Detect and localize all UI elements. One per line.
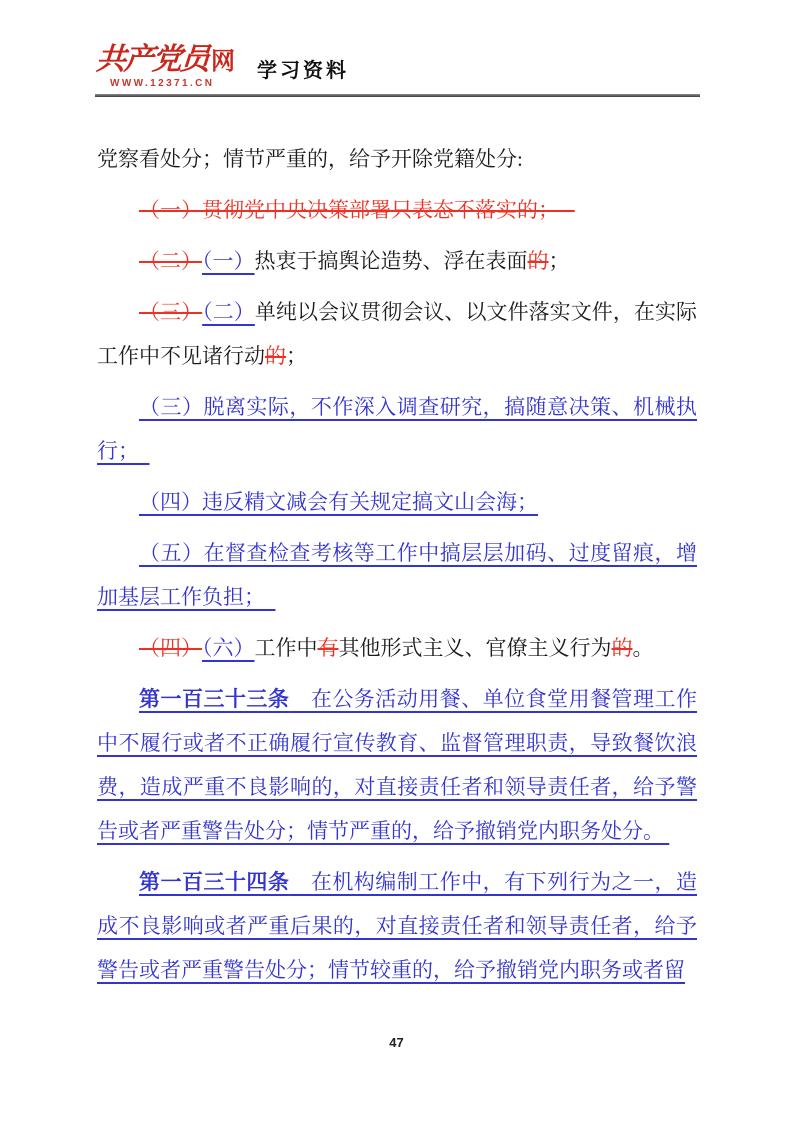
text-run: 其他形式主义、官僚主义行为 <box>339 636 612 660</box>
deleted-run: （四） <box>139 636 202 660</box>
text-run: 。 <box>633 636 654 660</box>
inserted-run: （二） <box>202 300 255 324</box>
page-number: 47 <box>0 1035 793 1050</box>
deleted-run: 有 <box>318 636 339 660</box>
paragraph-article-134: 第一百三十四条 在机构编制工作中，有下列行为之一，造成不良影响或者严重后果的，对… <box>97 860 697 992</box>
inserted-run: （三）脱离实际，不作深入调查研究，搞随意决策、机械执行； <box>97 395 697 463</box>
deleted-run: （一）贯彻党中央决策部署只表态不落实的； <box>139 198 575 222</box>
brand-calligraphy-text: 共产党员 <box>95 45 209 75</box>
brand-logo-row: 共产党员 网 <box>96 45 235 75</box>
text-run: ； <box>549 249 570 273</box>
paragraph-item-5-inserted: （四）违反精文减会有关规定搞文山会海； <box>97 480 697 524</box>
text-run: 热衷于搞舆论造势、浮在表面 <box>255 249 528 273</box>
deleted-run: 的 <box>265 344 286 368</box>
paragraph-item-7: （四）（六）工作中有其他形式主义、官僚主义行为的。 <box>97 626 697 670</box>
deleted-run: 的 <box>612 636 633 660</box>
header-divider <box>95 94 700 97</box>
doc-label: 学习资料 <box>257 54 349 83</box>
paragraph-item-1-deleted: （一）贯彻党中央决策部署只表态不落实的； <box>97 188 697 232</box>
text-run: 工作中 <box>255 636 318 660</box>
paragraph-item-3: （三）（二）单纯以会议贯彻会议、以文件落实文件，在实际工作中不见诸行动的； <box>97 290 697 378</box>
text-run: 党察看处分；情节严重的，给予开除党籍处分: <box>97 147 523 171</box>
brand-logo: 共产党员 网 WWW.12371.CN <box>96 45 235 89</box>
inserted-run: （六） <box>202 636 255 660</box>
paragraph-continuation: 党察看处分；情节严重的，给予开除党籍处分: <box>97 137 697 181</box>
deleted-run: （三） <box>139 300 202 324</box>
paragraph-item-4-inserted: （三）脱离实际，不作深入调查研究，搞随意决策、机械执行； <box>97 385 697 473</box>
inserted-run: （一） <box>202 249 255 273</box>
page-header: 共产党员 网 WWW.12371.CN 学习资料 <box>96 45 700 89</box>
paragraph-item-6-inserted: （五）在督查检查考核等工作中搞层层加码、过度留痕，增加基层工作负担； <box>97 531 697 619</box>
brand-net-character: 网 <box>211 49 235 73</box>
document-page: 共产党员 网 WWW.12371.CN 学习资料 党察看处分；情节严重的，给予开… <box>0 0 793 1122</box>
article-number: 第一百三十三条 <box>139 687 289 711</box>
paragraph-item-2: （二）（一）热衷于搞舆论造势、浮在表面的； <box>97 239 697 283</box>
document-body: 党察看处分；情节严重的，给予开除党籍处分: （一）贯彻党中央决策部署只表态不落实… <box>97 137 697 999</box>
article-number: 第一百三十四条 <box>139 870 289 894</box>
deleted-run: （二） <box>139 249 202 273</box>
inserted-run: （四）违反精文减会有关规定搞文山会海； <box>139 490 538 514</box>
deleted-run: 的 <box>528 249 549 273</box>
inserted-run: （五）在督查检查考核等工作中搞层层加码、过度留痕，增加基层工作负担； <box>97 541 697 609</box>
paragraph-article-133: 第一百三十三条 在公务活动用餐、单位食堂用餐管理工作中不履行或者不正确履行宣传教… <box>97 677 697 853</box>
text-run: ； <box>286 344 307 368</box>
brand-url-text: WWW.12371.CN <box>110 78 235 89</box>
